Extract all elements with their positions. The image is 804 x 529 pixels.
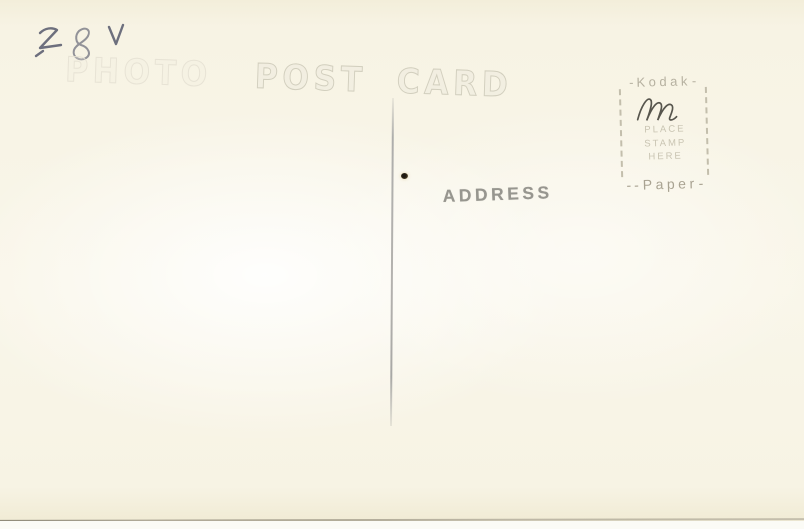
handwritten-mark-text: 48 v: [0, 0, 1, 1]
kodak-stamp-box: -Kodak- M PLACE STAMP HERE --Paper-: [616, 71, 713, 193]
stamp-box-dash: -: [629, 75, 636, 90]
ink-speck: [401, 173, 408, 179]
handwritten-digit-4: [36, 28, 61, 56]
paper-label: Paper: [643, 175, 698, 192]
stamp-box-dash: -: [692, 73, 699, 88]
kodak-script-m-icon: [633, 93, 682, 124]
stamp-box-dash: -: [698, 175, 706, 191]
kodak-brand-label: Kodak: [636, 73, 691, 89]
center-divider-line: [390, 98, 394, 426]
imprint-word-photo: PHOTO: [65, 50, 213, 95]
postcard-back: 48 v PHOTO POST CARD ADDRESS -Kodak- M P…: [0, 0, 804, 529]
handwritten-letter-v: [109, 25, 123, 44]
address-label: ADDRESS: [442, 182, 553, 207]
monogram-text: M: [616, 73, 617, 74]
stamp-line-here: HERE: [618, 149, 712, 165]
imprint-words-post-card: POST CARD: [254, 57, 513, 106]
stamp-box-bottom-border: --Paper-: [619, 175, 713, 193]
place-stamp-here-text: PLACE STAMP HERE: [618, 122, 713, 165]
stamp-box-top-border: -Kodak-: [616, 73, 710, 90]
scan-margin: [0, 521, 804, 529]
stamp-box-dash: --: [626, 177, 642, 193]
script-m-stroke: [637, 98, 677, 120]
photo-post-card-imprint: PHOTO POST CARD: [65, 50, 513, 106]
